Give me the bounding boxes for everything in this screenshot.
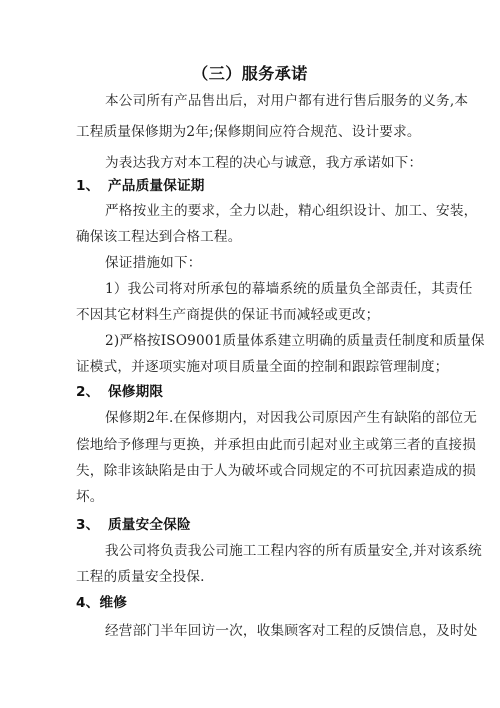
section-1-line-6: 2)严格按ISO9001质量体系建立明确的质量责任制度和质量保: [105, 332, 450, 350]
section-3-line-2: 工程的质量安全投保.: [76, 568, 421, 586]
section-2-number: 2、: [76, 383, 108, 401]
section-1-line-1: 严格按业主的要求，全力以赴，精心组织设计、加工、安装，: [105, 202, 450, 220]
section-2-line-4: 坏。: [76, 488, 421, 506]
section-2-title: 保修期限: [108, 384, 163, 400]
section-1-line-3: 保证措施如下：: [105, 254, 450, 272]
intro-line-1: 本公司所有产品售出后，对用户都有进行售后服务的义务,本: [105, 92, 450, 110]
section-1-line-2: 确保该工程达到合格工程。: [76, 228, 421, 246]
section-3-heading: 3、质量安全保险: [76, 516, 421, 534]
section-3-number: 3、: [76, 516, 108, 534]
section-1-line-5: 不因其它材料生产商提供的保证书而减轻或更改；: [76, 306, 421, 324]
section-1-line-7: 证模式，并逐项实施对项目质量全面的控制和跟踪管理制度；: [76, 358, 421, 376]
section-3-title: 质量安全保险: [108, 517, 191, 533]
section-1-number: 1、: [76, 177, 108, 195]
document-title: （三）服务承诺: [0, 63, 500, 85]
section-1-title: 产品质量保证期: [108, 178, 205, 194]
section-2-line-3: 失，除非该缺陷是由于人为破坏或合同规定的不可抗因素造成的损: [76, 462, 421, 480]
intro-line-2: 工程质量保修期为2年;保修期间应符合规范、设计要求。: [76, 123, 421, 141]
section-2-line-1: 保修期2年.在保修期内，对因我公司原因产生有缺陷的部位无: [105, 409, 450, 427]
document-page: （三）服务承诺 本公司所有产品售出后，对用户都有进行售后服务的义务,本 工程质量…: [0, 0, 500, 708]
section-3-line-1: 我公司将负责我公司施工工程内容的所有质量安全,并对该系统: [105, 542, 450, 560]
section-1-line-4: 1）我公司将对所承包的幕墙系统的质量负全部责任，其责任: [105, 280, 450, 298]
section-4-line-1: 经营部门半年回访一次，收集顾客对工程的反馈信息，及时处: [105, 622, 450, 640]
section-2-line-2: 偿地给予修理与更换，并承担由此而引起对业主或第三者的直接损: [76, 436, 421, 454]
section-1-heading: 1、产品质量保证期: [76, 177, 421, 195]
promise-lead: 为表达我方对本工程的决心与诚意，我方承诺如下：: [105, 154, 450, 172]
section-4-title: 维修: [99, 595, 127, 611]
section-4-number: 4、: [76, 594, 99, 612]
section-4-heading: 4、维修: [76, 594, 421, 612]
section-2-heading: 2、保修期限: [76, 383, 421, 401]
